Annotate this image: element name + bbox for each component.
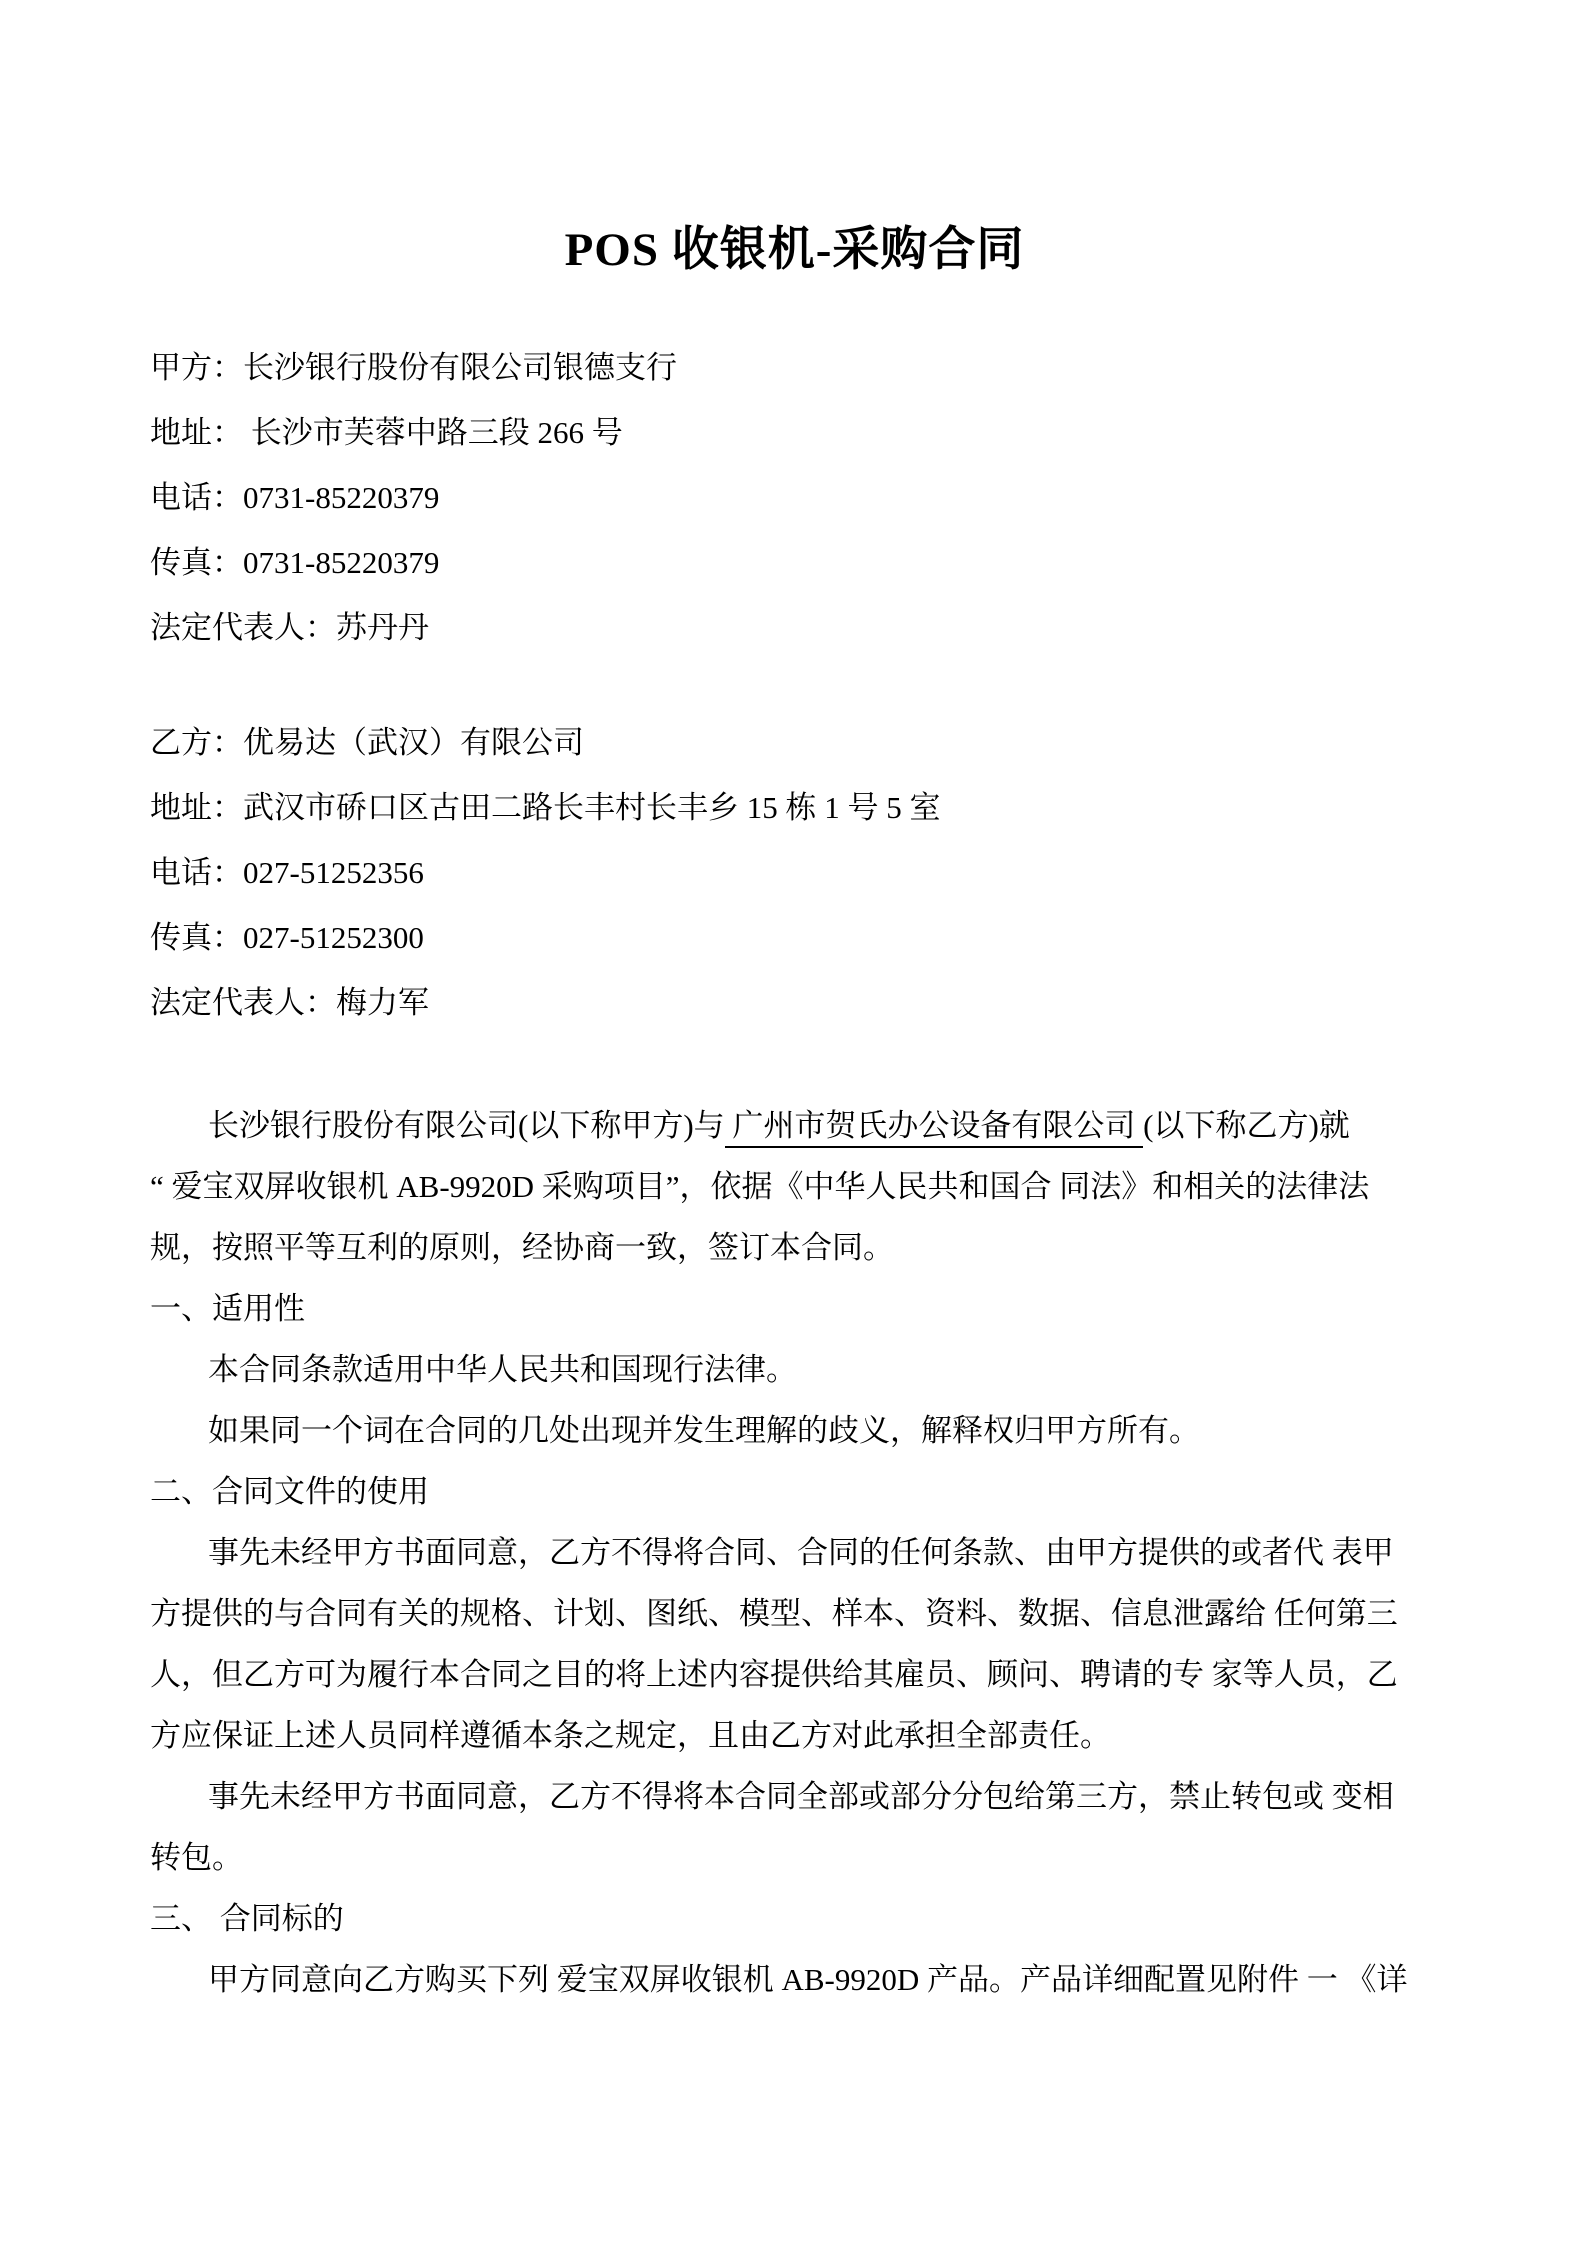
contract-line: 事先未经甲方书面同意，乙方不得将本合同全部或部分分包给第三方，禁止转包或 变相 bbox=[150, 1766, 1439, 1827]
contract-body: 长沙银行股份有限公司(以下称甲方)与 广州市贺氏办公设备有限公司 (以下称乙方)… bbox=[150, 1095, 1439, 2010]
party-a-fax-line: 传真：0731-85220379 bbox=[150, 530, 1439, 595]
intro-line-3: 规，按照平等互利的原则，经协商一致，签订本合同。 bbox=[150, 1217, 1439, 1278]
section-heading-2: 二、合同文件的使用 bbox=[150, 1461, 1439, 1522]
contract-line: 方提供的与合同有关的规格、计划、图纸、模型、样本、资料、数据、信息泄露给 任何第… bbox=[150, 1583, 1439, 1644]
party-b-fax-line: 传真：027-51252300 bbox=[150, 905, 1439, 970]
contract-line: 事先未经甲方书面同意，乙方不得将合同、合同的任何条款、由甲方提供的或者代 表甲 bbox=[150, 1522, 1439, 1583]
underlined-party-name: 广州市贺氏办公设备有限公司 bbox=[725, 1108, 1144, 1148]
contract-line: 甲方同意向乙方购买下列 爱宝双屏收银机 AB-9920D 产品。产品详细配置见附… bbox=[150, 1949, 1439, 2010]
party-b-representative-line: 法定代表人：梅力军 bbox=[150, 970, 1439, 1035]
intro-line-1: 长沙银行股份有限公司(以下称甲方)与 广州市贺氏办公设备有限公司 (以下称乙方)… bbox=[150, 1095, 1439, 1156]
section-heading-1: 一、适用性 bbox=[150, 1278, 1439, 1339]
party-b-block: 乙方：优易达（武汉）有限公司 地址：武汉市硚口区古田二路长丰村长丰乡 15 栋 … bbox=[150, 710, 1439, 1035]
contract-line: 方应保证上述人员同样遵循本条之规定，且由乙方对此承担全部责任。 bbox=[150, 1705, 1439, 1766]
party-a-representative-line: 法定代表人：苏丹丹 bbox=[150, 595, 1439, 660]
contract-line: 如果同一个词在合同的几处出现并发生理解的歧义，解释权归甲方所有。 bbox=[150, 1400, 1439, 1461]
party-a-block: 甲方：长沙银行股份有限公司银德支行 地址： 长沙市芙蓉中路三段 266 号 电话… bbox=[150, 335, 1439, 660]
party-b-phone-line: 电话：027-51252356 bbox=[150, 840, 1439, 905]
document-title: POS 收银机-采购合同 bbox=[150, 210, 1439, 290]
intro-line-1-post: (以下称乙方)就 bbox=[1143, 1108, 1350, 1143]
section-heading-3: 三、 合同标的 bbox=[150, 1888, 1439, 1949]
party-a-name-line: 甲方：长沙银行股份有限公司银德支行 bbox=[150, 335, 1439, 400]
party-a-address-line: 地址： 长沙市芙蓉中路三段 266 号 bbox=[150, 400, 1439, 465]
party-b-address-line: 地址：武汉市硚口区古田二路长丰村长丰乡 15 栋 1 号 5 室 bbox=[150, 775, 1439, 840]
contract-line: 转包。 bbox=[150, 1827, 1439, 1888]
intro-line-2: “ 爱宝双屏收银机 AB-9920D 采购项目”，依据《中华人民共和国合 同法》… bbox=[150, 1156, 1439, 1217]
contract-line: 本合同条款适用中华人民共和国现行法律。 bbox=[150, 1339, 1439, 1400]
party-b-name-line: 乙方：优易达（武汉）有限公司 bbox=[150, 710, 1439, 775]
intro-line-1-pre: 长沙银行股份有限公司(以下称甲方)与 bbox=[208, 1108, 725, 1143]
party-a-phone-line: 电话：0731-85220379 bbox=[150, 465, 1439, 530]
contract-page: POS 收银机-采购合同 甲方：长沙银行股份有限公司银德支行 地址： 长沙市芙蓉… bbox=[0, 0, 1587, 2245]
contract-line: 人，但乙方可为履行本合同之目的将上述内容提供给其雇员、顾问、聘请的专 家等人员，… bbox=[150, 1644, 1439, 1705]
